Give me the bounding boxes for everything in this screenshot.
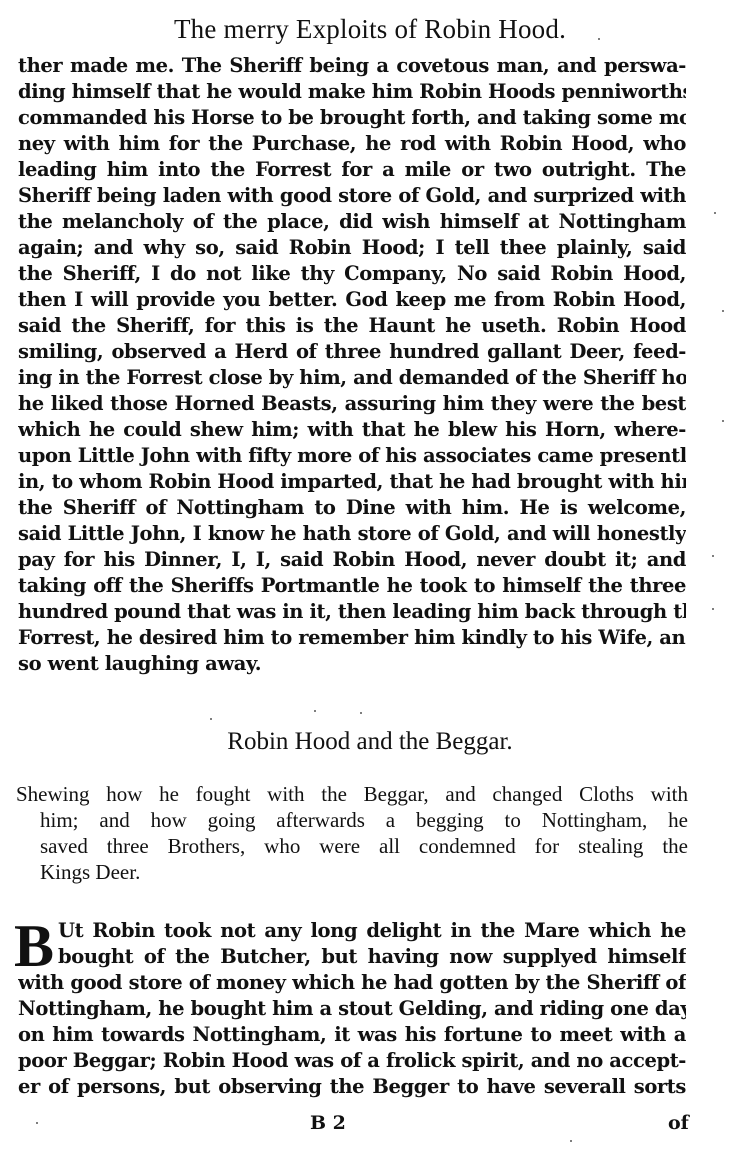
- summary-line: Shewing how he fought with the Beggar, a…: [16, 781, 688, 807]
- section-body-line: bought of the Butcher, but having now su…: [58, 944, 686, 970]
- body-line: ding himself that he would make him Robi…: [18, 79, 686, 105]
- scan-speck: [712, 555, 714, 557]
- scan-speck: [712, 608, 714, 610]
- catchword: of: [668, 1112, 689, 1134]
- body-line: pay for his Dinner, I, I, said Robin Hoo…: [18, 547, 686, 573]
- scan-speck: [598, 38, 600, 40]
- body-line: which he could shew him; with that he bl…: [18, 417, 686, 443]
- book-page: The merry Exploits of Robin Hood. ther m…: [0, 0, 740, 1164]
- section-body-line: on him towards Nottingham, it was his fo…: [18, 1022, 686, 1048]
- section-body-line: Ut Robin took not any long delight in th…: [58, 918, 686, 944]
- summary-line: saved three Brothers, who were all conde…: [40, 833, 688, 859]
- section-body-line: with good store of money which he had go…: [18, 970, 686, 996]
- summary-line: him; and how going afterwards a begging …: [40, 807, 688, 833]
- body-line: ing in the Forrest close by him, and dem…: [18, 365, 686, 391]
- section-body-line: er of persons, but observing the Begger …: [18, 1074, 686, 1100]
- body-line: smiling, observed a Herd of three hundre…: [18, 339, 686, 365]
- body-line: taking off the Sheriffs Portmantle he to…: [18, 573, 686, 599]
- body-line: then I will provide you better. God keep…: [18, 287, 686, 313]
- scan-speck: [36, 1122, 38, 1124]
- section-title: Robin Hood and the Beggar.: [0, 728, 740, 756]
- body-line: said Little John, I know he hath store o…: [18, 521, 686, 547]
- summary-line: Kings Deer.: [40, 859, 688, 885]
- body-line: Sheriff being laden with good store of G…: [18, 183, 686, 209]
- body-line: commanded his Horse to be brought forth,…: [18, 105, 686, 131]
- section-body-line: poor Beggar; Robin Hood was of a frolick…: [18, 1048, 686, 1074]
- scan-speck: [210, 718, 212, 720]
- body-line: upon Little John with fifty more of his …: [18, 443, 686, 469]
- body-line: hundred pound that was in it, then leadi…: [18, 599, 686, 625]
- body-line: ther made me. The Sheriff being a coveto…: [18, 53, 686, 79]
- body-line: he liked those Horned Beasts, assuring h…: [18, 391, 686, 417]
- body-line: leading him into the Forrest for a mile …: [18, 157, 686, 183]
- scan-speck: [570, 1140, 572, 1142]
- body-line: so went laughing away.: [18, 651, 686, 677]
- body-line: the Sheriff, I do not like thy Company, …: [18, 261, 686, 287]
- scan-speck: [360, 712, 362, 714]
- body-line: ney with him for the Purchase, he rod wi…: [18, 131, 686, 157]
- body-line: said the Sheriff, for this is the Haunt …: [18, 313, 686, 339]
- drop-cap: B: [14, 918, 54, 974]
- scan-speck: [714, 212, 716, 214]
- scan-speck: [314, 710, 316, 712]
- body-line: in, to whom Robin Hood imparted, that he…: [18, 469, 686, 495]
- body-line: the melancholy of the place, did wish hi…: [18, 209, 686, 235]
- body-line: Forrest, he desired him to remember him …: [18, 625, 686, 651]
- signature-mark: B 2: [310, 1112, 346, 1134]
- scan-speck: [722, 310, 724, 312]
- body-line: the Sheriff of Nottingham to Dine with h…: [18, 495, 686, 521]
- section-body-line: Nottingham, he bought him a stout Geldin…: [18, 996, 686, 1022]
- running-head: The merry Exploits of Robin Hood.: [0, 14, 740, 45]
- body-line: again; and why so, said Robin Hood; I te…: [18, 235, 686, 261]
- scan-speck: [722, 420, 724, 422]
